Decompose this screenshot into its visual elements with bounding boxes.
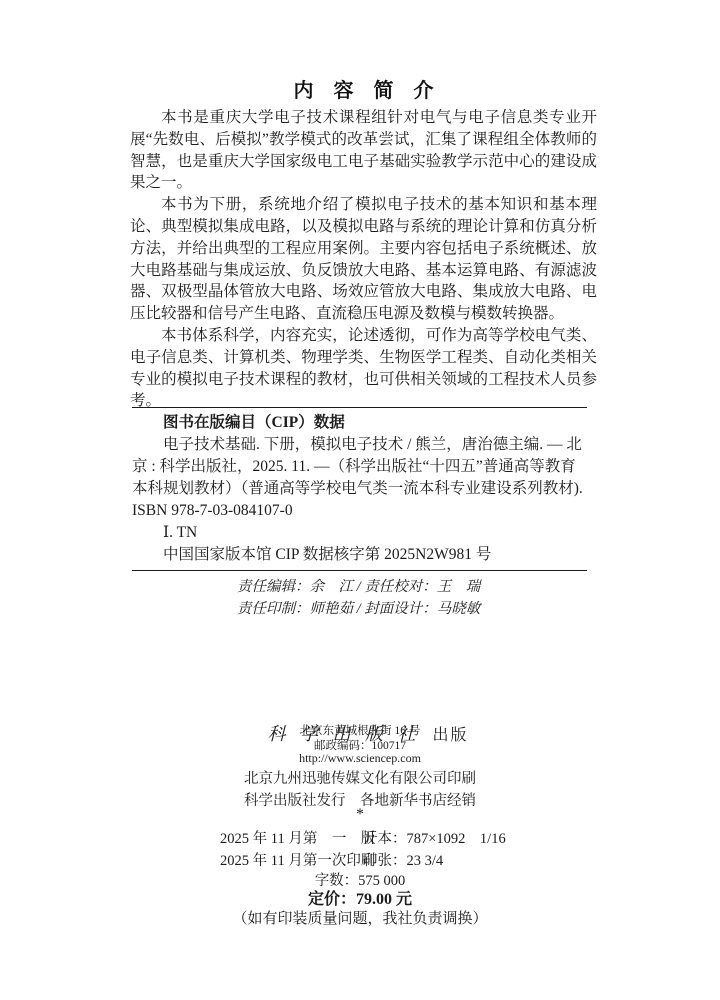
cip-heading: 图书在版编目（CIP）数据 (132, 412, 587, 434)
intro-paragraph-2: 本书为下册，系统地介绍了模拟电子技术的基本知识和基本理论、典型模拟集成电路，以及… (130, 194, 597, 325)
price: 定价：79.00 元 (0, 886, 720, 909)
publisher-website: http://www.sciencep.com (0, 751, 720, 766)
exchange-notice: （如有印装质量问题，我社负责调换） (0, 907, 720, 928)
cip-line-isbn: ISBN 978-7-03-084107-0 (132, 500, 587, 522)
edition-date: 2025 年 11 月第 一 版 (220, 828, 363, 850)
intro-title: 内 容 简 介 (130, 74, 597, 103)
cip-line-series: 本科规划教材）（普通高等学校电气类一流本科专业建设系列教材). (132, 478, 587, 500)
staff-editors: 责任编辑：余 江 / 责任校对：王 瑞 (237, 577, 480, 599)
cip-line-title: 电子技术基础. 下册，模拟电子技术 / 熊兰，唐治德主编. — 北 (132, 434, 587, 456)
cip-line-record-number: 中国国家版本馆 CIP 数据核字第 2025N2W981 号 (132, 544, 587, 566)
book-copyright-page: 内 容 简 介 本书是重庆大学电子技术课程组针对电气与电子信息类专业开展“先数电… (0, 0, 720, 1000)
intro-body: 本书是重庆大学电子技术课程组针对电气与电子信息类专业开展“先数电、后模拟”教学模… (130, 107, 597, 412)
edition-info: 2025 年 11 月第 一 版 开本：787×1092 1/16 2025 年… (220, 828, 506, 872)
format-spec: 开本：787×1092 1/16 (363, 828, 506, 850)
edition-row-first: 2025 年 11 月第 一 版 开本：787×1092 1/16 (220, 828, 506, 850)
cip-data-block: 图书在版编目（CIP）数据 电子技术基础. 下册，模拟电子技术 / 熊兰，唐治德… (132, 407, 587, 571)
printer-name: 北京九州迅驰传媒文化有限公司印刷 (0, 767, 720, 788)
separator-star: * (0, 806, 720, 824)
publisher-address: 北京东黄城根北街 16 号 (0, 722, 720, 738)
staff-credits: 责任编辑：余 江 / 责任校对：王 瑞 责任印制：师艳茹 / 封面设计：马晓敏 (237, 577, 480, 620)
cip-line-publisher: 京 : 科学出版社，2025. 11. —（科学出版社“十四五”普通高等教育 (132, 456, 587, 478)
staff-production: 责任印制：师艳茹 / 封面设计：马晓敏 (237, 599, 480, 621)
cip-line-classification: Ⅰ. TN (132, 522, 587, 544)
intro-paragraph-1: 本书是重庆大学电子技术课程组针对电气与电子信息类专业开展“先数电、后模拟”教学模… (130, 107, 597, 194)
intro-paragraph-3: 本书体系科学，内容充实，论述透彻，可作为高等学校电气类、电子信息类、计算机类、物… (130, 325, 597, 412)
